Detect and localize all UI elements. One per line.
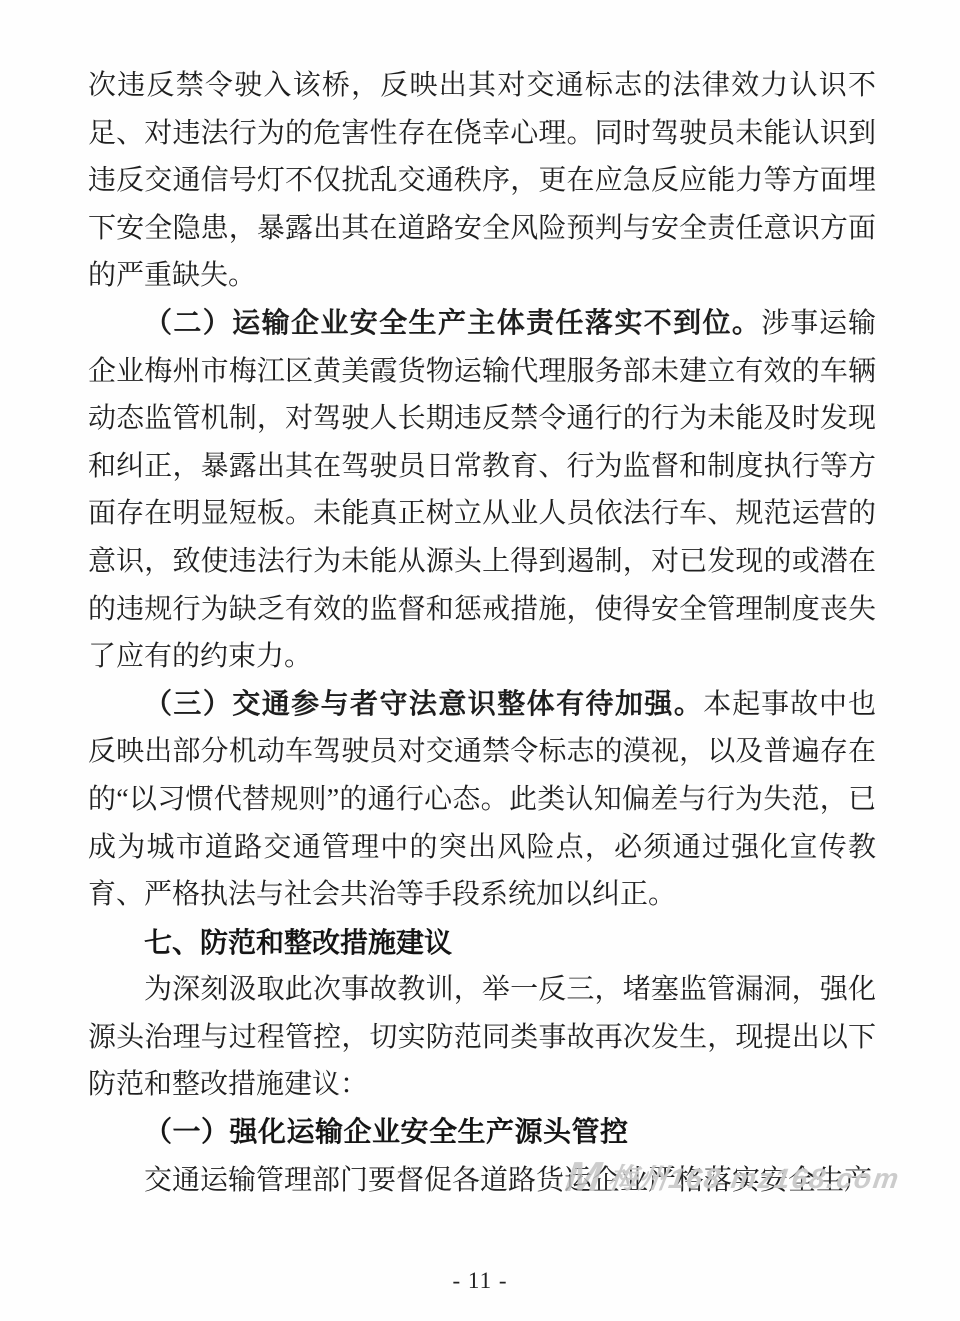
section-7-heading: 七、防范和整改措施建议: [88, 919, 876, 967]
paragraph-continuation: 次违反禁令驶入该桥，反映出其对交通标志的法律效力认识不足、对违法行为的危害性存在…: [88, 62, 876, 300]
finding-3-heading: （三）交通参与者守法意识整体有待加强。: [144, 689, 703, 720]
paragraph-finding-2: （二）运输企业安全生产主体责任落实不到位。涉事运输企业梅州市梅江区黄美霞货物运输…: [88, 300, 876, 681]
section-7-1-heading: （一）强化运输企业安全生产源头管控: [88, 1109, 876, 1157]
finding-3-body: 本起事故中也反映出部分机动车驾驶员对交通禁令标志的漠视，以及普遍存在的“以习惯代…: [88, 689, 876, 910]
document-page: 次违反禁令驶入该桥，反映出其对交通标志的法律效力认识不足、对违法行为的危害性存在…: [0, 0, 960, 1321]
finding-2-body: 涉事运输企业梅州市梅江区黄美霞货物运输代理服务部未建立有效的车辆动态监管机制，对…: [88, 308, 876, 672]
paragraph-section-7-1-body: 交通运输管理部门要督促各道路货运企业严格落实安全生产: [88, 1157, 876, 1205]
document-body: 次违反禁令驶入该桥，反映出其对交通标志的法律效力认识不足、对违法行为的危害性存在…: [88, 62, 876, 1204]
paragraph-section-7-intro: 为深刻汲取此次事故教训，举一反三，堵塞监管漏洞，强化源头治理与过程管控，切实防范…: [88, 966, 876, 1109]
finding-2-heading: （二）运输企业安全生产主体责任落实不到位。: [144, 308, 761, 339]
paragraph-finding-3: （三）交通参与者守法意识整体有待加强。本起事故中也反映出部分机动车驾驶员对交通禁…: [88, 681, 876, 919]
page-number: - 11 -: [0, 1268, 960, 1294]
